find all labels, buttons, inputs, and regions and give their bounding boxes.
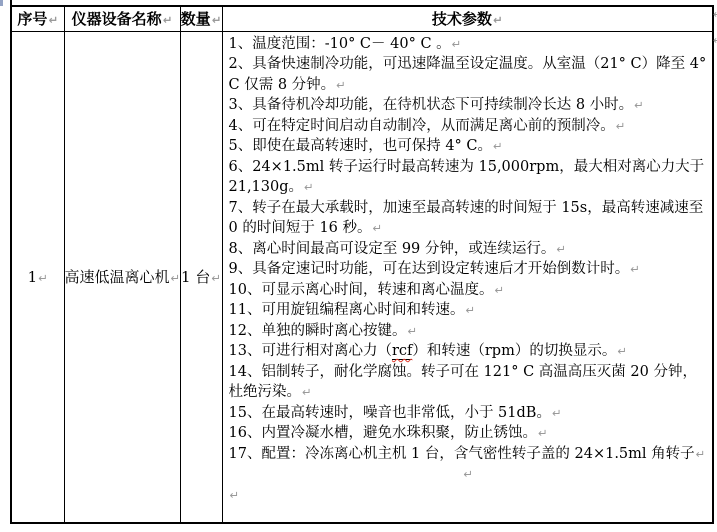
paragraph-mark-icon: ↵ [696, 447, 706, 461]
cell-tech-params[interactable]: 1、温度范围：-10° C－ 40° C 。↵2、具备快速制冷功能，可迅速降温至… [222, 31, 713, 523]
end-of-row-mark-icon: ↵ [713, 33, 717, 47]
col-header-quantity[interactable]: 数量↵ [180, 6, 222, 31]
param-line: 3、具备待机冷却功能，在待机状态下可持续制冷长达 8 小时。↵ [229, 95, 708, 116]
param-list: 1、温度范围：-10° C－ 40° C 。↵2、具备快速制冷功能，可迅速降温至… [223, 32, 713, 522]
cell-equipment-name[interactable]: 高速低温离心机↵ [64, 31, 180, 523]
paragraph-mark-icon: ↵ [493, 13, 503, 27]
cell-serial[interactable]: 1↵ [11, 31, 64, 523]
param-line: ↵ [229, 485, 708, 506]
param-line: 6、24×1.5ml 转子运行时最高转速为 15,000rpm，最大相对离心力大… [229, 157, 708, 198]
param-line: 12、单独的瞬时离心按键。↵ [229, 321, 708, 342]
paragraph-mark-icon: ↵ [336, 78, 346, 92]
document-page: 序号↵ 仪器设备名称↵ 数量↵ 技术参数↵ 1↵ 高速低温离心机↵ 1 台↵ 1… [0, 0, 717, 532]
paragraph-mark-icon: ↵ [616, 119, 626, 133]
col-header-serial-label: 序号 [17, 10, 47, 28]
text-run: ）和转速（rpm）的切换显示。 [412, 343, 616, 359]
param-line: 8、离心时间最高可设定至 99 分钟，或连续运行。↵ [229, 239, 708, 260]
col-header-equipment-name[interactable]: 仪器设备名称↵ [64, 6, 180, 31]
equipment-name-value: 高速低温离心机 [65, 268, 170, 286]
paragraph-mark-icon: ↵ [465, 303, 475, 317]
paragraph-mark-icon: ↵ [373, 221, 383, 235]
paragraph-mark-icon: ↵ [617, 344, 627, 358]
text-run: 13、可进行相对离心力（ [229, 343, 392, 359]
param-line: 11、可用旋钮编程离心时间和转速。↵ [229, 300, 708, 321]
paragraph-mark-icon: ↵ [407, 324, 417, 338]
equipment-spec-table: 序号↵ 仪器设备名称↵ 数量↵ 技术参数↵ 1↵ 高速低温离心机↵ 1 台↵ 1… [10, 5, 714, 524]
paragraph-mark-icon: ↵ [552, 406, 562, 420]
param-line: 2、具备快速制冷功能，可迅速降温至设定温度。从室温（21° C）降至 4° C … [229, 54, 708, 95]
paragraph-mark-icon: ↵ [538, 426, 548, 440]
paragraph-mark-icon: ↵ [634, 98, 644, 112]
paragraph-mark-icon: ↵ [556, 242, 566, 256]
paragraph-mark-icon: ↵ [38, 271, 48, 285]
header-row: 序号↵ 仪器设备名称↵ 数量↵ 技术参数↵ [11, 6, 713, 31]
paragraph-mark-icon: ↵ [48, 13, 58, 27]
end-of-row-mark-icon: ↵ [713, 7, 717, 21]
paragraph-mark-icon: ↵ [463, 467, 473, 481]
paragraph-mark-icon: ↵ [211, 271, 221, 285]
paragraph-mark-icon: ↵ [630, 262, 640, 276]
paragraph-mark-icon: ↵ [304, 180, 314, 194]
cell-quantity[interactable]: 1 台↵ [180, 31, 222, 523]
param-line: 1、温度范围：-10° C－ 40° C 。↵ [229, 34, 708, 55]
misspelled-word: rcf [392, 343, 412, 360]
param-line: 13、可进行相对离心力（rcf）和转速（rpm）的切换显示。↵ [229, 341, 708, 362]
quantity-value: 1 台 [181, 268, 210, 286]
paragraph-mark-icon: ↵ [230, 488, 240, 502]
corner-selection-fragment [0, 0, 3, 6]
param-line: 5、即使在最高转速时，也可保持 4° C。↵ [229, 136, 708, 157]
param-line: 9、具备定速记时功能，可在达到设定转速后才开始倒数计时。↵ [229, 259, 708, 280]
paragraph-mark-icon: ↵ [212, 13, 222, 27]
paragraph-mark-icon: ↵ [302, 385, 312, 399]
paragraph-mark-icon: ↵ [171, 271, 181, 285]
param-line: 16、内置冷凝水槽，避免水珠积聚，防止锈蚀。↵ [229, 423, 708, 444]
col-header-tech-params-label: 技术参数 [432, 10, 492, 28]
paragraph-mark-icon: ↵ [452, 37, 462, 51]
paragraph-mark-icon: ↵ [493, 139, 503, 153]
param-line: 4、可在特定时间启动自动制冷，从而满足离心前的预制冷。↵ [229, 116, 708, 137]
param-line: ↵ [229, 464, 708, 485]
paragraph-mark-icon: ↵ [163, 13, 173, 27]
col-header-quantity-label: 数量 [181, 10, 211, 28]
serial-value: 1 [28, 268, 38, 286]
param-line: 14、铝制转子，耐化学腐蚀。转子可在 121° C 高温高压灭菌 20 分钟，杜… [229, 362, 708, 403]
param-line: 7、转子在最大承载时，加速至最高转速的时间短于 15s，最高转速减速至 0 的时… [229, 198, 708, 239]
param-line: 10、可显示离心时间，转速和离心温度。↵ [229, 280, 708, 301]
paragraph-mark-icon: ↵ [494, 283, 504, 297]
col-header-tech-params[interactable]: 技术参数↵ [222, 6, 713, 31]
col-header-equipment-name-label: 仪器设备名称 [72, 10, 162, 28]
table-row: 1↵ 高速低温离心机↵ 1 台↵ 1、温度范围：-10° C－ 40° C 。↵… [11, 31, 713, 523]
param-line: 15、在最高转速时，噪音也非常低，小于 51dB。↵ [229, 403, 708, 424]
col-header-serial[interactable]: 序号↵ [11, 6, 64, 31]
param-line: 17、配置：冷冻离心机主机 1 台，含气密性转子盖的 24×1.5ml 角转子↵ [229, 444, 708, 465]
